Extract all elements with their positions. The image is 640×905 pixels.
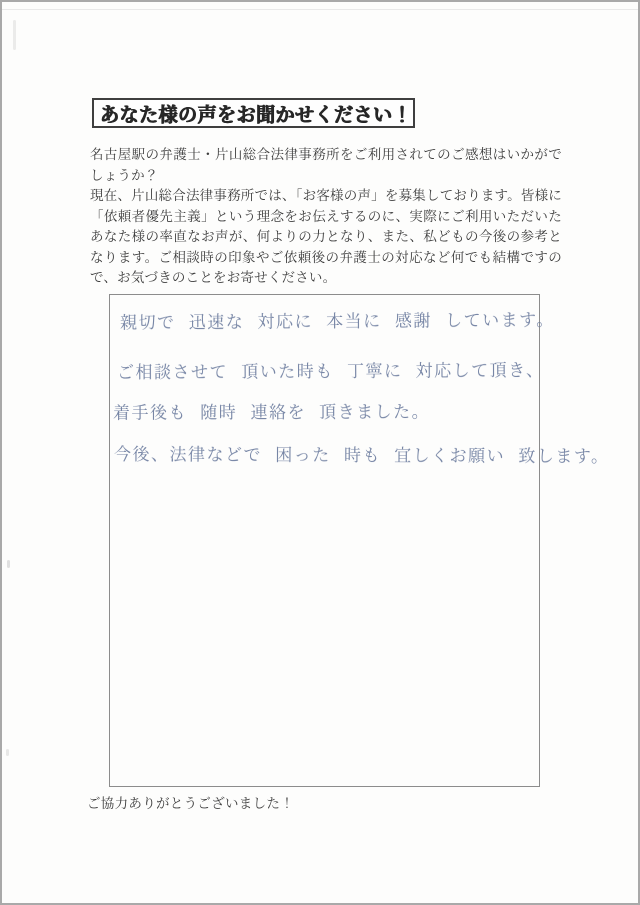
document-title-box: あなた様の声をお聞かせください！ [92, 98, 415, 128]
closing-thanks-text: ご協力ありがとうございました！ [87, 792, 294, 812]
document-title: あなた様の声をお聞かせください！ [100, 99, 412, 127]
intro-paragraph-2: 現在、片山総合法律事務所では、「お客様の声」を募集しております。皆様に「依頼者優… [90, 186, 562, 289]
handwritten-line: ご相談させて 頂いた時も 丁寧に 対応して頂き、 [117, 356, 545, 383]
intro-text-block: 名古屋駅の弁護士・片山総合法律事務所をご利用されてのご感想はいかがでしょうか？ … [90, 145, 562, 289]
handwritten-line: 着手後も 随時 連絡を 頂きました。 [113, 397, 430, 423]
handwritten-feedback-box: 親切で 迅速な 対応に 本当に 感謝 しています。 ご相談させて 頂いた時も 丁… [109, 294, 540, 787]
scanned-feedback-document: あなた様の声をお聞かせください！ 名古屋駅の弁護士・片山総合法律事務所をご利用さ… [0, 0, 640, 905]
intro-paragraph-1: 名古屋駅の弁護士・片山総合法律事務所をご利用されてのご感想はいかがでしょうか？ [90, 145, 562, 186]
scan-smudge [6, 749, 9, 756]
handwritten-line: 親切で 迅速な 対応に 本当に 感謝 しています。 [120, 305, 555, 333]
handwritten-line: 今後、法律などで 困った 時も 宜しくお願い 致します。 [114, 440, 610, 467]
scan-smudge [7, 560, 10, 568]
scan-artifact-line [2, 9, 638, 10]
scan-smudge [13, 20, 16, 50]
